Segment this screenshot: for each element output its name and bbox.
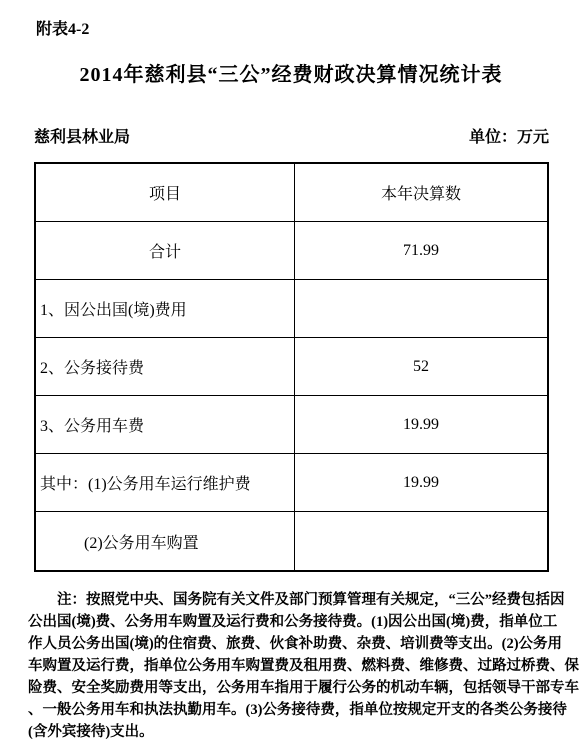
table-row-total-value: 71.99 [295, 222, 547, 280]
footnote-line: 、一般公务用车和执法执勤用车。(3)公务接待费，指单位按规定开支的各类公务接待 [28, 699, 558, 721]
table-row-vehicle-purchase-label: (2)公务用车购置 [36, 512, 295, 570]
table-row-reception-label: 2、公务接待费 [36, 338, 295, 396]
table-row-total-label: 合计 [36, 222, 295, 280]
footnote: 注：按照党中央、国务院有关文件及部门预算管理有关规定，“三公”经费包括因 公出国… [28, 589, 558, 742]
table-row-vehicle-maintenance-label: 其中：(1)公务用车运行维护费 [36, 454, 295, 512]
expense-table: 项目 本年决算数 合计 71.99 1、因公出国(境)费用 2、公务接待费 52… [34, 162, 549, 572]
footnote-line: 公出国(境)费、公务用车购置及运行费和公务接待费。(1)因公出国(境)费，指单位… [28, 611, 558, 633]
page-title: 2014年慈利县“三公”经费财政决算情况统计表 [0, 58, 582, 87]
subheader-row: 慈利县林业局 单位：万元 [34, 124, 549, 147]
footnote-line: 注：按照党中央、国务院有关文件及部门预算管理有关规定，“三公”经费包括因 [28, 589, 558, 611]
table-row-reception-value: 52 [295, 338, 547, 396]
table-row-abroad-label: 1、因公出国(境)费用 [36, 280, 295, 338]
footnote-line: 车购置及运行费，指单位公务用车购置费及租用费、燃料费、维修费、过路过桥费、保 [28, 655, 558, 677]
document-page: 附表4-2 2014年慈利县“三公”经费财政决算情况统计表 慈利县林业局 单位：… [0, 0, 582, 742]
table-row-vehicle-maintenance-value: 19.99 [295, 454, 547, 512]
footnote-line: 作人员公务出国(境)的住宿费、旅费、伙食补助费、杂费、培训费等支出。(2)公务用 [28, 633, 558, 655]
table-row-vehicle-label: 3、公务用车费 [36, 396, 295, 454]
organization-name: 慈利县林业局 [34, 124, 130, 147]
footnote-line: (含外宾接待)支出。 [28, 721, 558, 742]
footnote-line: 险费、安全奖励费用等支出，公务用车指用于履行公务的机动车辆，包括领导干部专车 [28, 677, 558, 699]
table-row-vehicle-purchase-value [295, 512, 547, 570]
unit-label: 单位：万元 [469, 124, 549, 147]
table-row-vehicle-value: 19.99 [295, 396, 547, 454]
table-header-item: 项目 [36, 164, 295, 222]
table-header-value: 本年决算数 [295, 164, 547, 222]
table-row-abroad-value [295, 280, 547, 338]
appendix-label: 附表4-2 [36, 16, 89, 39]
